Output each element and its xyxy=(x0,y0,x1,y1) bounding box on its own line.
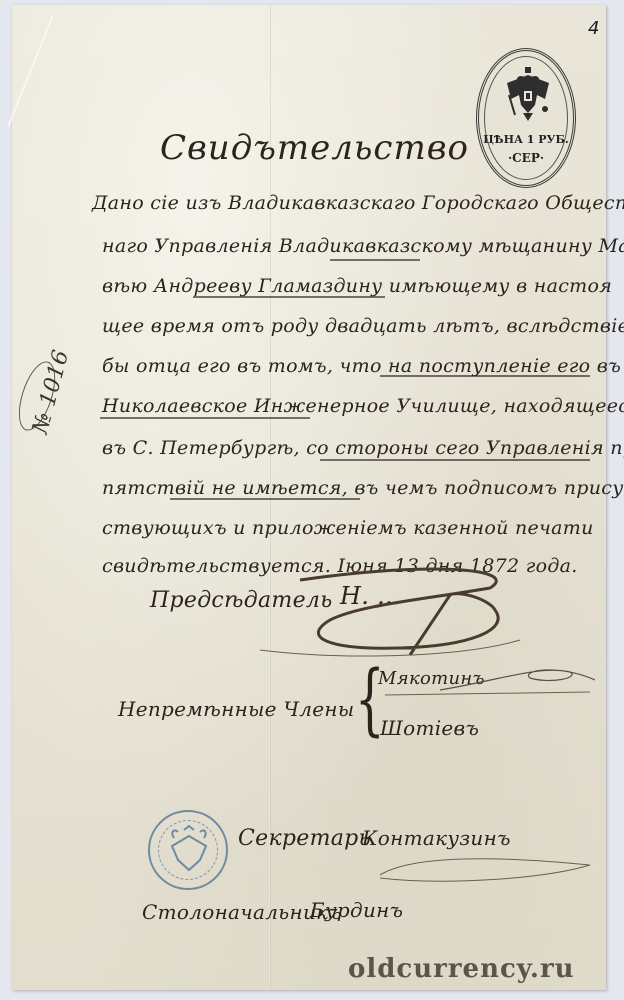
member-1-flourish xyxy=(380,660,600,700)
secretary-flourish xyxy=(360,840,600,890)
website-watermark: oldcurrency.ru xyxy=(348,954,575,984)
chairman-signature-flourish xyxy=(240,560,540,670)
imperial-eagle-seal-icon xyxy=(164,824,214,878)
imperial-eagle-seal xyxy=(148,810,228,890)
members-label: Непремѣнные Члены xyxy=(118,697,354,721)
secretary-label: Секретарь xyxy=(238,826,371,851)
clerk-signature: Бурдинъ xyxy=(310,898,403,922)
member-2-signature: Шотіевъ xyxy=(380,716,479,740)
